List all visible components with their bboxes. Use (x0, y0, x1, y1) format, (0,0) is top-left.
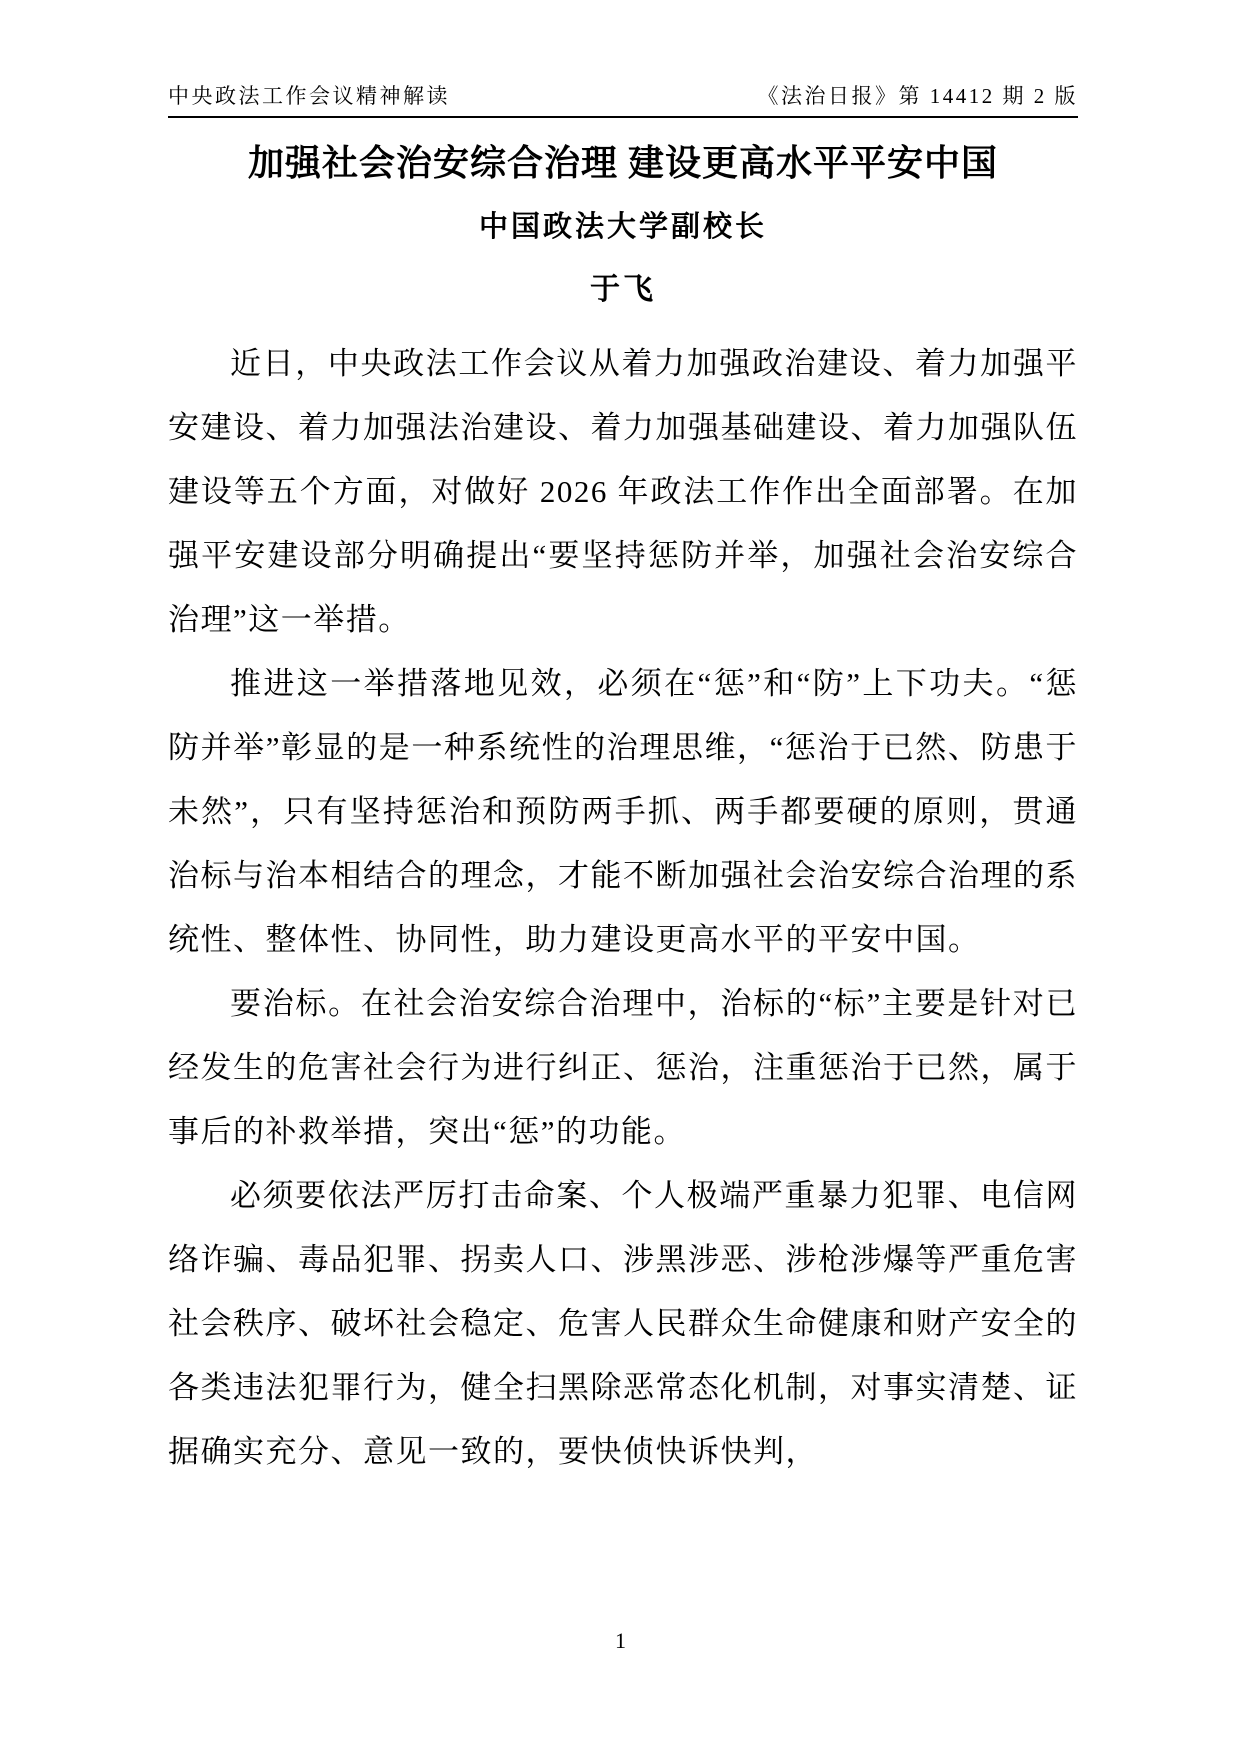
paragraph: 推进这一举措落地见效，必须在“惩”和“防”上下功夫。“惩防并举”彰显的是一种系统… (168, 652, 1078, 972)
document-subtitle: 中国政法大学副校长 (168, 210, 1078, 245)
document-title: 加强社会治安综合治理 建设更高水平平安中国 (168, 142, 1078, 185)
document-body: 近日，中央政法工作会议从着力加强政治建设、着力加强平安建设、着力加强法治建设、着… (168, 332, 1078, 1484)
document-page: 中央政法工作会议精神解读 《法治日报》第 14412 期 2 版 加强社会治安综… (0, 0, 1241, 1755)
header-rule (168, 116, 1078, 118)
paragraph: 近日，中央政法工作会议从着力加强政治建设、着力加强平安建设、着力加强法治建设、着… (168, 332, 1078, 652)
paragraph: 必须要依法严厉打击命案、个人极端严重暴力犯罪、电信网络诈骗、毒品犯罪、拐卖人口、… (168, 1164, 1078, 1484)
page-number: 1 (0, 1628, 1241, 1654)
header-left-text: 中央政法工作会议精神解读 (168, 84, 450, 109)
author-name: 于飞 (168, 272, 1078, 308)
page-header: 中央政法工作会议精神解读 《法治日报》第 14412 期 2 版 (168, 84, 1078, 109)
paragraph: 要治标。在社会治安综合治理中，治标的“标”主要是针对已经发生的危害社会行为进行纠… (168, 972, 1078, 1164)
header-right-text: 《法治日报》第 14412 期 2 版 (758, 84, 1079, 109)
